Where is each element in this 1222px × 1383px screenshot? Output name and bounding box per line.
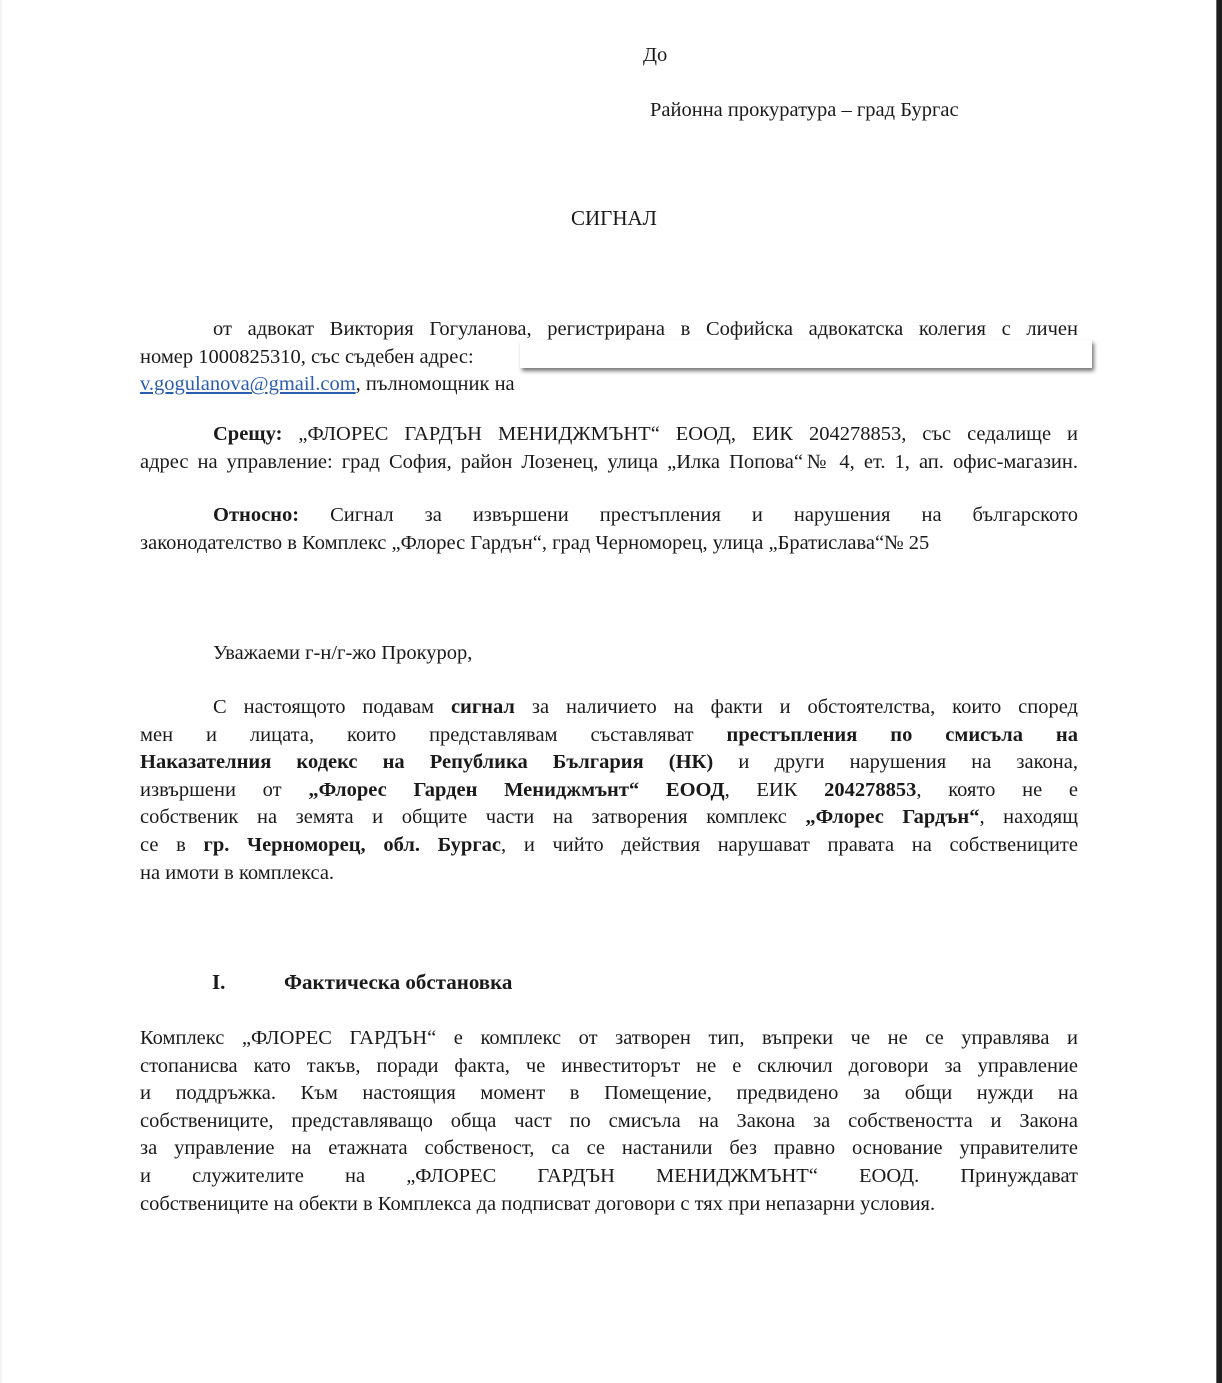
intro-line-3: Наказателния кодекс на Република Българи…	[140, 749, 1078, 777]
section-title: Фактическа обстановка	[284, 970, 512, 995]
text-run: собственик на земята и общите части на з…	[140, 806, 805, 828]
from-line-3: v.gogulanova@gmail.com, пълномощник на	[140, 371, 1078, 399]
from-line-2-text: номер 1000825310, със съдебен адрес:	[140, 346, 474, 368]
text-run: „Флорес Гардън“	[805, 806, 979, 828]
text-run: се в	[140, 834, 204, 856]
intro-line-6: се в гр. Черноморец, обл. Бургас, и чийт…	[140, 832, 1078, 860]
section-1-line: стопанисва като такъв, поради факта, че …	[140, 1053, 1078, 1081]
from-line-3-rest: , пълномощник на	[356, 373, 515, 395]
viewer-edge	[1216, 0, 1222, 1383]
regarding-line-2: законодателство в Комплекс „Флорес Гардъ…	[140, 530, 1078, 558]
text-run: С настоящото подавам	[213, 696, 451, 718]
against-line-2: адрес на управление: град София, район Л…	[140, 449, 1078, 477]
document-page: До Районна прокуратура – град Бургас СИГ…	[0, 0, 1218, 1383]
text-run: „Флорес Гарден Мениджмънт“ ЕООД	[308, 779, 724, 801]
intro-line-1: С настоящото подавам сигнал за наличието…	[140, 694, 1078, 722]
regarding-line-1: Относно: Сигнал за извършени престъплени…	[140, 502, 1078, 530]
intro-line-7: на имоти в комплекса.	[140, 860, 1078, 888]
recipient: Районна прокуратура – град Бургас	[650, 97, 959, 125]
text-run: , която не е	[916, 779, 1078, 801]
text-run: мен и лицата, които представлявам състав…	[140, 724, 727, 746]
text-run: , и чийто действия нарушават правата на …	[501, 834, 1078, 856]
section-number: I.	[212, 970, 225, 995]
section-1-line: Комплекс „ФЛОРЕС ГАРДЪН“ е комплекс от з…	[140, 1025, 1078, 1053]
intro-line-5: собственик на земята и общите части на з…	[140, 804, 1078, 832]
section-1-line: за управление на етажната собственост, с…	[140, 1135, 1078, 1163]
intro-line-4: извършени от „Флорес Гарден Мениджмънт“ …	[140, 777, 1078, 805]
regarding-line-1-text: Сигнал за извършени престъпления и наруш…	[299, 504, 1078, 526]
against-label: Срещу:	[213, 423, 282, 445]
text-run: извършени от	[140, 779, 308, 801]
against-block: Срещу: „ФЛОРЕС ГАРДЪН МЕНИДЖМЪНТ“ ЕООД, …	[140, 421, 1078, 476]
section-1-body: Комплекс „ФЛОРЕС ГАРДЪН“ е комплекс от з…	[140, 1025, 1078, 1218]
against-line-1: Срещу: „ФЛОРЕС ГАРДЪН МЕНИДЖМЪНТ“ ЕООД, …	[140, 421, 1078, 449]
text-run: сигнал	[451, 696, 515, 718]
regarding-label: Относно:	[213, 504, 299, 526]
intro-paragraph: С настоящото подавам сигнал за наличието…	[140, 694, 1078, 887]
section-1-line: собствениците, представляващо обща част …	[140, 1108, 1078, 1136]
section-1-line: и поддръжка. Към настоящия момент в Поме…	[140, 1080, 1078, 1108]
text-run: , ЕИК	[725, 779, 825, 801]
email-link[interactable]: v.gogulanova@gmail.com	[140, 373, 356, 395]
against-line-1-text: „ФЛОРЕС ГАРДЪН МЕНИДЖМЪНТ“ ЕООД, ЕИК 204…	[282, 423, 1078, 445]
to-label: До	[643, 42, 667, 70]
document-title: СИГНАЛ	[571, 205, 657, 233]
section-1-line: и служителите на „ФЛОРЕС ГАРДЪН МЕНИДЖМЪ…	[140, 1163, 1078, 1191]
text-run: , находящ	[979, 806, 1078, 828]
salutation: Уважаеми г-н/г-жо Прокурор,	[213, 640, 472, 668]
regarding-block: Относно: Сигнал за извършени престъплени…	[140, 502, 1078, 557]
intro-line-2: мен и лицата, които представлявам състав…	[140, 722, 1078, 750]
text-run: гр. Черноморец, обл. Бургас	[204, 834, 501, 856]
text-run: за наличието на факти и обстоятелства, к…	[515, 696, 1078, 718]
text-run: и други нарушения на закона,	[713, 751, 1078, 773]
redaction-box	[520, 340, 1092, 368]
text-run: престъпления по смисъла на	[727, 724, 1078, 746]
section-1-line: собствениците на обекти в Комплекса да п…	[140, 1191, 1078, 1219]
text-run: Наказателния кодекс на Република Българи…	[140, 751, 713, 773]
text-run: 204278853	[824, 779, 916, 801]
